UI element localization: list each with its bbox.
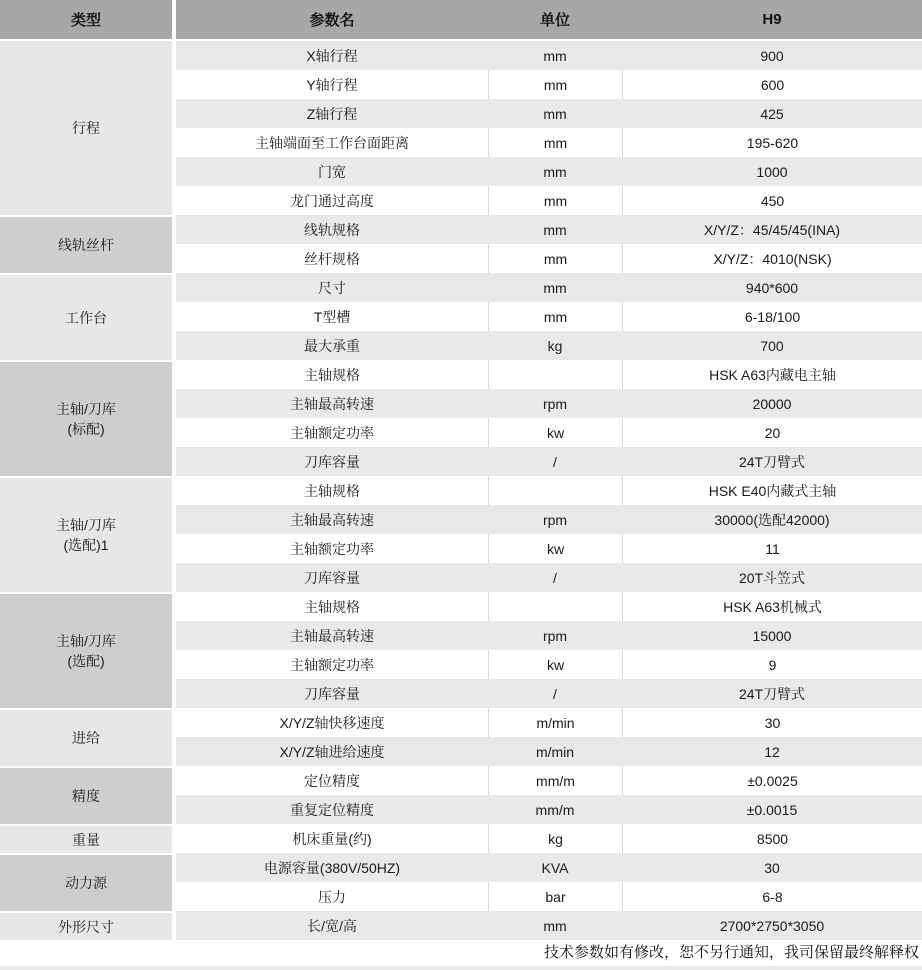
- param-name-cell: 主轴额定功率: [176, 534, 488, 563]
- unit-cell: mm: [488, 911, 622, 940]
- group-type-label: 主轴/刀库: [56, 399, 116, 419]
- spec-group: 线轨丝杆线轨规格mmX/Y/Z：45/45/45(INA)丝杆规格mmX/Y/Z…: [0, 215, 922, 273]
- group-type-cell: 主轴/刀库(选配)1: [0, 476, 172, 592]
- group-type-cell: 动力源: [0, 853, 172, 911]
- table-row: 尺寸mm940*600: [176, 273, 922, 302]
- param-name-cell: 机床重量(约): [176, 824, 488, 853]
- param-name-cell: 主轴额定功率: [176, 650, 488, 679]
- group-rows: 主轴规格HSK E40内藏式主轴主轴最高转速rpm30000(选配42000)主…: [176, 476, 922, 592]
- unit-cell: kg: [488, 824, 622, 853]
- value-cell: 425: [622, 99, 922, 128]
- table-row: 刀库容量/20T斗笠式: [176, 563, 922, 592]
- param-name-cell: Z轴行程: [176, 99, 488, 128]
- group-type-label: 重量: [72, 830, 100, 850]
- param-name-cell: T型槽: [176, 302, 488, 331]
- table-row: 长/宽/高mm2700*2750*3050: [176, 911, 922, 940]
- group-type-label: (选配): [67, 651, 104, 671]
- table-row: 龙门通过高度mm450: [176, 186, 922, 215]
- value-cell: 195-620: [622, 128, 922, 157]
- group-type-label: 行程: [72, 118, 100, 138]
- table-header-right: 参数名 单位 H9: [176, 0, 922, 41]
- header-cell-param: 参数名: [176, 0, 488, 39]
- param-name-cell: 主轴最高转速: [176, 621, 488, 650]
- unit-cell: mm: [488, 70, 622, 99]
- table-row: 主轴规格HSK A63机械式: [176, 592, 922, 621]
- value-cell: 20: [622, 418, 922, 447]
- value-cell: ±0.0025: [622, 766, 922, 795]
- unit-cell: m/min: [488, 708, 622, 737]
- param-name-cell: 刀库容量: [176, 447, 488, 476]
- table-row: 电源容量(380V/50HZ)KVA30: [176, 853, 922, 882]
- group-type-cell: 精度: [0, 766, 172, 824]
- spec-group: 主轴/刀库(选配)1主轴规格HSK E40内藏式主轴主轴最高转速rpm30000…: [0, 476, 922, 592]
- group-rows: 尺寸mm940*600T型槽mm6-18/100最大承重kg700: [176, 273, 922, 360]
- group-type-label: 线轨丝杆: [58, 235, 114, 255]
- group-type-cell: 工作台: [0, 273, 172, 360]
- value-cell: HSK E40内藏式主轴: [622, 476, 922, 505]
- param-name-cell: X/Y/Z轴进给速度: [176, 737, 488, 766]
- unit-cell: mm: [488, 302, 622, 331]
- unit-cell: kg: [488, 331, 622, 360]
- header-cell-type: 类型: [0, 0, 172, 41]
- value-cell: 600: [622, 70, 922, 99]
- unit-cell: mm: [488, 157, 622, 186]
- param-name-cell: 主轴额定功率: [176, 418, 488, 447]
- unit-cell: mm: [488, 215, 622, 244]
- table-row: 重复定位精度mm/m±0.0015: [176, 795, 922, 824]
- param-name-cell: 刀库容量: [176, 679, 488, 708]
- header-cell-unit: 单位: [488, 0, 622, 39]
- value-cell: 900: [622, 41, 922, 70]
- table-row: 主轴规格HSK E40内藏式主轴: [176, 476, 922, 505]
- value-cell: HSK A63机械式: [622, 592, 922, 621]
- group-type-cell: 主轴/刀库(标配): [0, 360, 172, 476]
- group-rows: 主轴规格HSK A63机械式主轴最高转速rpm15000主轴额定功率kw9刀库容…: [176, 592, 922, 708]
- table-row: T型槽mm6-18/100: [176, 302, 922, 331]
- value-cell: 1000: [622, 157, 922, 186]
- spec-group: 进给X/Y/Z轴快移速度m/min30X/Y/Z轴进给速度m/min12: [0, 708, 922, 766]
- param-name-cell: 重复定位精度: [176, 795, 488, 824]
- spec-group: 外形尺寸长/宽/高mm2700*2750*3050: [0, 911, 922, 940]
- value-cell: 9: [622, 650, 922, 679]
- table-row: 主轴额定功率kw20: [176, 418, 922, 447]
- header-cell-model: H9: [622, 0, 922, 39]
- value-cell: 20000: [622, 389, 922, 418]
- unit-cell: KVA: [488, 853, 622, 882]
- group-rows: X/Y/Z轴快移速度m/min30X/Y/Z轴进给速度m/min12: [176, 708, 922, 766]
- table-row: 定位精度mm/m±0.0025: [176, 766, 922, 795]
- group-type-label: 进给: [72, 728, 100, 748]
- table-row: 主轴最高转速rpm15000: [176, 621, 922, 650]
- param-name-cell: 电源容量(380V/50HZ): [176, 853, 488, 882]
- param-name-cell: 主轴最高转速: [176, 389, 488, 418]
- group-type-cell: 进给: [0, 708, 172, 766]
- group-type-label: 精度: [72, 786, 100, 806]
- bottom-divider: [0, 966, 922, 970]
- group-type-cell: 行程: [0, 41, 172, 215]
- unit-cell: mm/m: [488, 795, 622, 824]
- table-row: X/Y/Z轴进给速度m/min12: [176, 737, 922, 766]
- table-row: 主轴额定功率kw11: [176, 534, 922, 563]
- group-rows: 线轨规格mmX/Y/Z：45/45/45(INA)丝杆规格mmX/Y/Z：401…: [176, 215, 922, 273]
- group-rows: 定位精度mm/m±0.0025重复定位精度mm/m±0.0015: [176, 766, 922, 824]
- group-type-label: 外形尺寸: [58, 917, 114, 937]
- param-name-cell: 最大承重: [176, 331, 488, 360]
- param-name-cell: 线轨规格: [176, 215, 488, 244]
- table-row: 门宽mm1000: [176, 157, 922, 186]
- unit-cell: mm: [488, 128, 622, 157]
- param-name-cell: 压力: [176, 882, 488, 911]
- group-type-label: 主轴/刀库: [56, 631, 116, 651]
- unit-cell: kw: [488, 534, 622, 563]
- param-name-cell: 门宽: [176, 157, 488, 186]
- group-type-label: 动力源: [65, 873, 107, 893]
- table-row: 机床重量(约)kg8500: [176, 824, 922, 853]
- table-row: 丝杆规格mmX/Y/Z：4010(NSK): [176, 244, 922, 273]
- value-cell: 24T刀臂式: [622, 447, 922, 476]
- value-cell: 8500: [622, 824, 922, 853]
- value-cell: 11: [622, 534, 922, 563]
- table-row: 主轴最高转速rpm20000: [176, 389, 922, 418]
- value-cell: 30000(选配42000): [622, 505, 922, 534]
- spec-group: 主轴/刀库(选配)主轴规格HSK A63机械式主轴最高转速rpm15000主轴额…: [0, 592, 922, 708]
- unit-cell: [488, 592, 622, 621]
- group-type-label: 工作台: [65, 308, 107, 328]
- unit-cell: mm: [488, 186, 622, 215]
- unit-cell: /: [488, 447, 622, 476]
- group-rows: 长/宽/高mm2700*2750*3050: [176, 911, 922, 940]
- param-name-cell: 主轴端面至工作台面距离: [176, 128, 488, 157]
- group-type-cell: 外形尺寸: [0, 911, 172, 940]
- group-rows: 主轴规格HSK A63内藏电主轴主轴最高转速rpm20000主轴额定功率kw20…: [176, 360, 922, 476]
- table-row: 刀库容量/24T刀臂式: [176, 679, 922, 708]
- table-row: 主轴最高转速rpm30000(选配42000): [176, 505, 922, 534]
- table-row: X轴行程mm900: [176, 41, 922, 70]
- value-cell: 12: [622, 737, 922, 766]
- param-name-cell: 龙门通过高度: [176, 186, 488, 215]
- table-row: 最大承重kg700: [176, 331, 922, 360]
- table-row: 线轨规格mmX/Y/Z：45/45/45(INA): [176, 215, 922, 244]
- value-cell: 6-18/100: [622, 302, 922, 331]
- group-type-label: (选配)1: [63, 535, 108, 555]
- unit-cell: m/min: [488, 737, 622, 766]
- spec-group: 精度定位精度mm/m±0.0025重复定位精度mm/m±0.0015: [0, 766, 922, 824]
- table-row: X/Y/Z轴快移速度m/min30: [176, 708, 922, 737]
- group-rows: 电源容量(380V/50HZ)KVA30压力bar6-8: [176, 853, 922, 911]
- unit-cell: [488, 476, 622, 505]
- unit-cell: kw: [488, 650, 622, 679]
- group-rows: 机床重量(约)kg8500: [176, 824, 922, 853]
- value-cell: ±0.0015: [622, 795, 922, 824]
- unit-cell: mm: [488, 99, 622, 128]
- disclaimer-text: 技术参数如有修改，恕不另行通知，我司保留最终解释权: [0, 940, 922, 966]
- spec-sheet: 类型 参数名 单位 H9 行程X轴行程mm900Y轴行程mm600Z轴行程mm4…: [0, 0, 922, 970]
- group-type-label: (标配): [67, 419, 104, 439]
- spec-group: 行程X轴行程mm900Y轴行程mm600Z轴行程mm425主轴端面至工作台面距离…: [0, 41, 922, 215]
- unit-cell: kw: [488, 418, 622, 447]
- value-cell: HSK A63内藏电主轴: [622, 360, 922, 389]
- spec-group: 工作台尺寸mm940*600T型槽mm6-18/100最大承重kg700: [0, 273, 922, 360]
- param-name-cell: X/Y/Z轴快移速度: [176, 708, 488, 737]
- table-body: 行程X轴行程mm900Y轴行程mm600Z轴行程mm425主轴端面至工作台面距离…: [0, 41, 922, 940]
- table-row: Z轴行程mm425: [176, 99, 922, 128]
- param-name-cell: X轴行程: [176, 41, 488, 70]
- value-cell: 20T斗笠式: [622, 563, 922, 592]
- spec-group: 重量机床重量(约)kg8500: [0, 824, 922, 853]
- param-name-cell: 长/宽/高: [176, 911, 488, 940]
- unit-cell: mm: [488, 273, 622, 302]
- unit-cell: [488, 360, 622, 389]
- value-cell: X/Y/Z：4010(NSK): [622, 244, 922, 273]
- value-cell: 6-8: [622, 882, 922, 911]
- unit-cell: /: [488, 563, 622, 592]
- param-name-cell: 丝杆规格: [176, 244, 488, 273]
- table-header: 类型 参数名 单位 H9: [0, 0, 922, 41]
- table-row: 刀库容量/24T刀臂式: [176, 447, 922, 476]
- value-cell: X/Y/Z：45/45/45(INA): [622, 215, 922, 244]
- spec-group: 主轴/刀库(标配)主轴规格HSK A63内藏电主轴主轴最高转速rpm20000主…: [0, 360, 922, 476]
- value-cell: 450: [622, 186, 922, 215]
- value-cell: 30: [622, 708, 922, 737]
- value-cell: 700: [622, 331, 922, 360]
- unit-cell: rpm: [488, 505, 622, 534]
- table-row: 压力bar6-8: [176, 882, 922, 911]
- param-name-cell: Y轴行程: [176, 70, 488, 99]
- value-cell: 940*600: [622, 273, 922, 302]
- unit-cell: /: [488, 679, 622, 708]
- param-name-cell: 主轴规格: [176, 592, 488, 621]
- table-row: 主轴端面至工作台面距离mm195-620: [176, 128, 922, 157]
- group-type-cell: 重量: [0, 824, 172, 853]
- group-type-cell: 主轴/刀库(选配): [0, 592, 172, 708]
- table-row: 主轴额定功率kw9: [176, 650, 922, 679]
- value-cell: 2700*2750*3050: [622, 911, 922, 940]
- table-row: Y轴行程mm600: [176, 70, 922, 99]
- param-name-cell: 主轴最高转速: [176, 505, 488, 534]
- value-cell: 24T刀臂式: [622, 679, 922, 708]
- unit-cell: bar: [488, 882, 622, 911]
- unit-cell: mm/m: [488, 766, 622, 795]
- unit-cell: mm: [488, 41, 622, 70]
- param-name-cell: 刀库容量: [176, 563, 488, 592]
- table-row: 主轴规格HSK A63内藏电主轴: [176, 360, 922, 389]
- param-name-cell: 定位精度: [176, 766, 488, 795]
- value-cell: 30: [622, 853, 922, 882]
- group-type-label: 主轴/刀库: [56, 515, 116, 535]
- param-name-cell: 主轴规格: [176, 476, 488, 505]
- param-name-cell: 尺寸: [176, 273, 488, 302]
- param-name-cell: 主轴规格: [176, 360, 488, 389]
- value-cell: 15000: [622, 621, 922, 650]
- group-type-cell: 线轨丝杆: [0, 215, 172, 273]
- unit-cell: rpm: [488, 621, 622, 650]
- unit-cell: rpm: [488, 389, 622, 418]
- group-rows: X轴行程mm900Y轴行程mm600Z轴行程mm425主轴端面至工作台面距离mm…: [176, 41, 922, 215]
- unit-cell: mm: [488, 244, 622, 273]
- spec-group: 动力源电源容量(380V/50HZ)KVA30压力bar6-8: [0, 853, 922, 911]
